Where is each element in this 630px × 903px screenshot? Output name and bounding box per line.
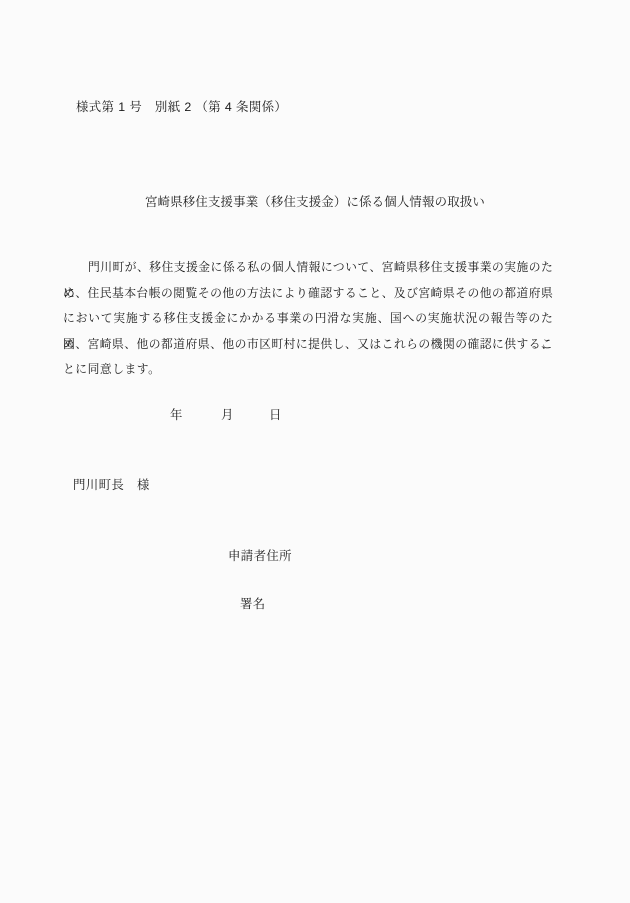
signature-label: 署名 — [240, 594, 266, 612]
date-line: 年 月 日 — [0, 405, 630, 421]
day-label: 日 — [269, 405, 281, 423]
consent-paragraph-line: 門川町が、移住支援金に係る私の個人情報について、宮崎県移住支援事業の実施のため — [63, 255, 553, 281]
document-title: 宮崎県移住支援事業（移住支援金）に係る個人情報の取扱い — [0, 192, 630, 210]
consent-paragraph: 門川町が、移住支援金に係る私の個人情報について、宮崎県移住支援事業の実施のため … — [63, 255, 553, 383]
year-label: 年 — [170, 405, 182, 423]
month-label: 月 — [221, 405, 233, 423]
applicant-address-label: 申請者住所 — [228, 546, 292, 564]
form-number-label: 様式第 1 号 別紙 2 （第 4 条関係） — [76, 97, 287, 115]
addressee-line: 門川町長 様 — [73, 475, 150, 493]
consent-paragraph-line: に、住民基本台帳の閲覧その他の方法により確認すること、及び宮崎県その他の都道府県 — [63, 281, 553, 307]
consent-paragraph-line: とに同意します。 — [63, 357, 553, 383]
consent-paragraph-line: において実施する移住支援金にかかる事業の円滑な実施、国への実施状況の報告等のため… — [63, 306, 553, 332]
consent-paragraph-line: 国、宮崎県、他の都道府県、他の市区町村に提供し、又はこれらの機関の確認に供するこ — [63, 332, 553, 358]
consent-form-page: 様式第 1 号 別紙 2 （第 4 条関係） 宮崎県移住支援事業（移住支援金）に… — [0, 0, 630, 903]
